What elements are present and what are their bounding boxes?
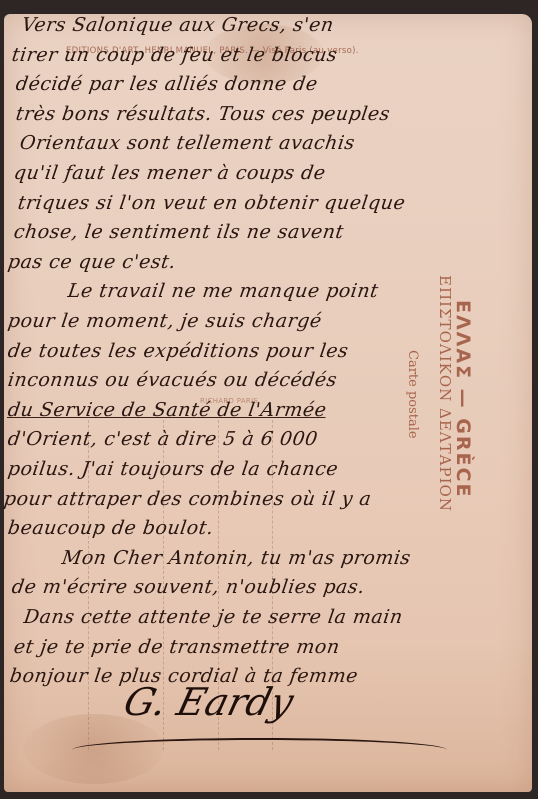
letter-line: Le travail ne me manque point (66, 280, 538, 302)
stamp-box-french: Carte postale (405, 350, 420, 439)
letter-line: du Service de Santé de l'Armée (6, 399, 538, 421)
letter-line: Orientaux sont tellement avachis (18, 132, 538, 154)
letter-line: inconnus ou évacués ou décédés (6, 369, 538, 391)
letter-line: beaucoup de boulot. (6, 517, 538, 539)
letter-line: et je te prie de transmettre mon (12, 636, 538, 658)
letter-line: décidé par les alliés donne de (14, 73, 538, 95)
signature: G. Eardy (120, 680, 298, 724)
letter-line: pour attraper des combines où il y a (2, 488, 538, 510)
letter-line: de toutes les expéditions pour les (6, 340, 538, 362)
letter-line: d'Orient, c'est à dire 5 à 6 000 (6, 428, 538, 450)
letter-line: tirer un coup de feu et le blocus (10, 44, 538, 66)
letter-line: Vers Salonique aux Grecs, s'en (20, 14, 538, 36)
letter-line: Dans cette attente je te serre la main (22, 606, 538, 628)
letter-line: pour le moment, je suis chargé (6, 310, 538, 332)
letter-line: très bons résultats. Tous ces peuples (14, 103, 538, 125)
letter-line: pas ce que c'est. (6, 251, 538, 273)
letter-line: Mon Cher Antonin, tu m'as promis (60, 547, 538, 569)
letter-line: poilus. J'ai toujours de la chance (6, 458, 538, 480)
letter-line: chose, le sentiment ils ne savent (12, 221, 538, 243)
letter-line: qu'il faut les mener à coups de (12, 162, 538, 184)
letter-line: triques si l'on veut en obtenir quelque (16, 192, 538, 214)
letter-line: de m'écrire souvent, n'oublies pas. (10, 576, 538, 598)
